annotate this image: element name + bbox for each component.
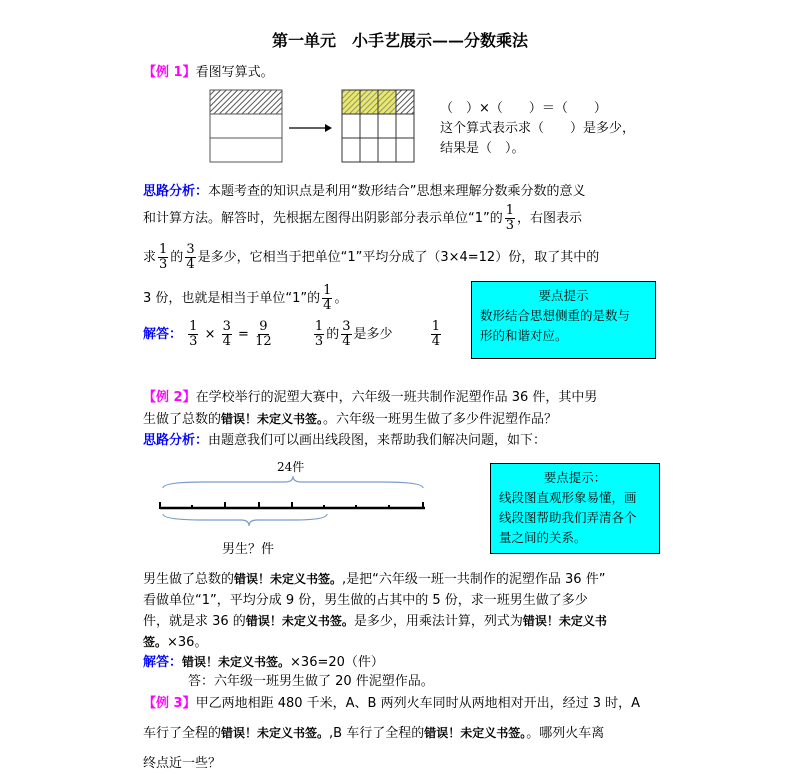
question-text: 。六年级一班男生做了多少件泥塑作品？ bbox=[323, 412, 557, 427]
bookmark-error: 错误！未定义书签。 bbox=[246, 614, 354, 628]
example1-analysis-line4: 3 份，也就是相当于单位“1”的14。 bbox=[143, 284, 347, 313]
fraction-one-third: 13 bbox=[314, 320, 324, 349]
analysis-text: 求 bbox=[143, 250, 156, 265]
bookmark-error: 错误！未定义书签。 bbox=[234, 572, 342, 586]
analysis-text: 。 bbox=[334, 291, 347, 306]
analysis-label: 思路分析： bbox=[143, 433, 208, 448]
page-title: 第一单元 小手艺展示——分数乘法 bbox=[0, 28, 800, 51]
analysis-text: 本题考查的知识点是利用“数形结合”思想来理解分数乘分数的意义 bbox=[208, 184, 585, 199]
analysis-text: 由题意我们可以画出线段图，来帮助我们解决问题，如下： bbox=[208, 433, 546, 448]
tip-text: 线段图直观形象易懂，画 bbox=[499, 488, 651, 508]
bookmark-error: 错误！未定义书签。 bbox=[182, 655, 290, 669]
fraction-one-third: 13 bbox=[505, 204, 515, 233]
right-grid bbox=[342, 90, 414, 162]
tip-text: 量之间的关系。 bbox=[499, 528, 651, 548]
example2-body-line4: 签。×36。 bbox=[143, 631, 207, 650]
tip-box-example1: 要点提示 数形结合思想侧重的是数与 形的和谐对应。 bbox=[471, 281, 656, 359]
arrow-icon bbox=[289, 124, 332, 132]
total-brace bbox=[163, 476, 423, 488]
body-text: ×36。 bbox=[167, 635, 207, 650]
bookmark-error: 错误！未定义书 bbox=[523, 614, 607, 628]
example1-blanks: （ ）×（ ）＝（ ） 这个算式表示求（ ）是多少， 结果是（ ）。 bbox=[440, 99, 635, 159]
tip-text: 数形结合思想侧重的是数与 bbox=[480, 306, 647, 326]
left-grid bbox=[210, 90, 282, 162]
fraction-one-third: 13 bbox=[158, 243, 168, 272]
analysis-text: ，右图表示 bbox=[517, 211, 582, 226]
blank-meaning: 这个算式表示求（ ）是多少， bbox=[440, 119, 635, 139]
diagram-boys-label: 男生？件 bbox=[222, 538, 274, 557]
answer-label: 解答： bbox=[143, 655, 182, 670]
line-segment-diagram bbox=[155, 472, 435, 532]
answer-text: ×36=20（件） bbox=[290, 655, 384, 670]
bookmark-error: 签。 bbox=[143, 635, 167, 649]
example3-line2: 车行了全程的错误！未定义书签。,B 车行了全程的错误！未定义书签。。哪列火车离 bbox=[143, 722, 604, 741]
bookmark-error: 错误！未定义书签。 bbox=[424, 726, 526, 740]
question-text: ,B 车行了全程的 bbox=[329, 726, 424, 741]
example2-question-line2: 生做了总数的错误！未定义书签。。六年级一班男生做了多少件泥塑作品？ bbox=[143, 408, 557, 427]
tip-heading: 要点提示 bbox=[480, 286, 647, 306]
example2-body-line3: 件，就是求 36 的错误！未定义书签。是多少，用乘法计算，列式为错误！未定义书 bbox=[143, 610, 607, 629]
tip-text: 线段图帮助我们弄清各个 bbox=[499, 508, 651, 528]
example1-answer: 解答： 13 × 34 = 912 13的34是多少 14 bbox=[143, 320, 443, 349]
analysis-text: 是多少，它相当于把单位“1”平均分成了（3×4=12）份，取了其中的 bbox=[198, 250, 600, 265]
question-text: 甲乙两地相距 480 千米，A、B 两列火车同时从两地相对开出，经过 3 时，A bbox=[196, 696, 640, 711]
example1-label: 【例 1】 bbox=[143, 65, 196, 80]
example2-analysis: 思路分析：由题意我们可以画出线段图，来帮助我们解决问题，如下： bbox=[143, 429, 546, 448]
part-brace bbox=[163, 514, 327, 526]
example2-body-line1: 男生做了总数的错误！未定义书签。,是把“六年级一班一共制作的泥塑作品 36 件” bbox=[143, 568, 605, 587]
bookmark-error: 错误！未定义书签。 bbox=[221, 412, 323, 426]
times-sign: × bbox=[205, 327, 216, 342]
example1-heading: 【例 1】看图写算式。 bbox=[143, 61, 274, 80]
example1-analysis-line3: 求13的34是多少，它相当于把单位“1”平均分成了（3×4=12）份，取了其中的 bbox=[143, 243, 599, 272]
fraction-one-fourth: 14 bbox=[322, 284, 332, 313]
example2-final-answer: 答：六年级一班男生做了 20 件泥塑作品。 bbox=[188, 670, 434, 689]
example2-answer: 解答：错误！未定义书签。×36=20（件） bbox=[143, 651, 384, 670]
bookmark-error: 错误！未定义书签。 bbox=[221, 726, 329, 740]
body-text: ,是把“六年级一班一共制作的泥塑作品 36 件” bbox=[342, 572, 605, 587]
example2-label: 【例 2】 bbox=[143, 390, 196, 405]
fraction-one-fourth: 14 bbox=[431, 320, 441, 349]
analysis-text: 和计算方法。解答时，先根据左图得出阴影部分表示单位“1”的 bbox=[143, 211, 503, 226]
answer-text: 的 bbox=[326, 327, 339, 342]
fraction-one-third: 13 bbox=[188, 320, 198, 349]
example2-question-line1: 【例 2】在学校举行的泥塑大赛中，六年级一班共制作泥塑作品 36 件，其中男 bbox=[143, 386, 597, 405]
example1-analysis-line1: 思路分析：本题考查的知识点是利用“数形结合”思想来理解分数乘分数的意义 bbox=[143, 180, 586, 199]
answer-label: 解答： bbox=[143, 327, 182, 342]
tip-text: 形的和谐对应。 bbox=[480, 326, 647, 346]
fraction-three-fourths: 34 bbox=[341, 320, 351, 349]
blank-equation: （ ）×（ ）＝（ ） bbox=[440, 99, 635, 119]
analysis-text: 3 份，也就是相当于单位“1”的 bbox=[143, 291, 320, 306]
example3-line1: 【例 3】甲乙两地相距 480 千米，A、B 两列火车同时从两地相对开出，经过 … bbox=[143, 692, 640, 711]
body-text: 是多少，用乘法计算，列式为 bbox=[354, 614, 523, 629]
fraction-three-fourths: 34 bbox=[222, 320, 232, 349]
question-text: 生做了总数的 bbox=[143, 412, 221, 427]
example2-body-line2: 看做单位“1”，平均分成 9 份，男生做的占其中的 5 份，求一班男生做了多少 bbox=[143, 589, 588, 608]
example1-analysis-line2: 和计算方法。解答时，先根据左图得出阴影部分表示单位“1”的13，右图表示 bbox=[143, 204, 582, 233]
analysis-text: 的 bbox=[170, 250, 183, 265]
question-text: 。哪列火车离 bbox=[526, 726, 604, 741]
fraction-three-fourths: 34 bbox=[185, 243, 195, 272]
example3-line3: 终点近一些？ bbox=[143, 752, 221, 771]
answer-text: 是多少 bbox=[354, 327, 393, 342]
body-text: 男生做了总数的 bbox=[143, 572, 234, 587]
example3-label: 【例 3】 bbox=[143, 696, 196, 711]
blank-result: 结果是（ ）。 bbox=[440, 139, 635, 159]
question-text: 在学校举行的泥塑大赛中，六年级一班共制作泥塑作品 36 件，其中男 bbox=[196, 390, 598, 405]
tip-heading: 要点提示： bbox=[499, 468, 651, 488]
analysis-label: 思路分析： bbox=[143, 184, 208, 199]
equals-sign: = bbox=[238, 327, 249, 342]
fraction-area-figure bbox=[205, 88, 425, 166]
tip-box-example2: 要点提示： 线段图直观形象易懂，画 线段图帮助我们弄清各个 量之间的关系。 bbox=[490, 463, 660, 554]
fraction-nine-twelfths: 912 bbox=[255, 320, 272, 349]
question-text: 车行了全程的 bbox=[143, 726, 221, 741]
body-text: 件，就是求 36 的 bbox=[143, 614, 246, 629]
example1-prompt: 看图写算式。 bbox=[196, 65, 274, 80]
